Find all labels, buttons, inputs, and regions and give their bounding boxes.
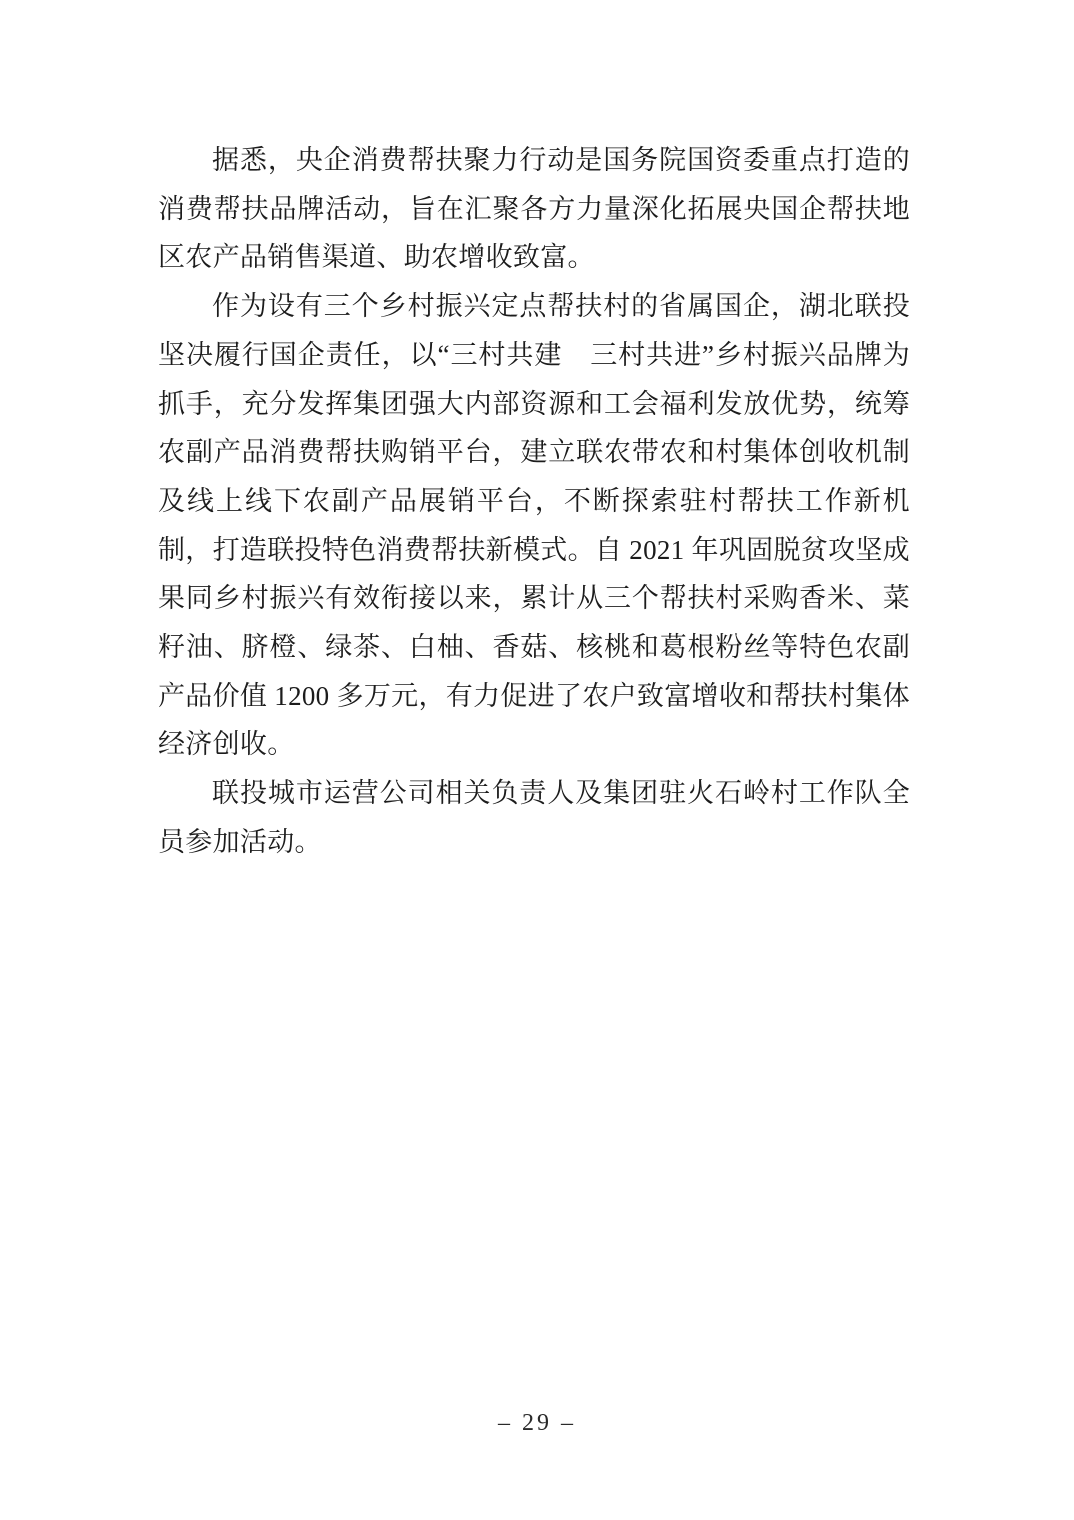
paragraph: 联投城市运营公司相关负责人及集团驻火石岭村工作队全员参加活动。 <box>158 769 910 866</box>
paragraph: 作为设有三个乡村振兴定点帮扶村的省属国企，湖北联投坚决履行国企责任，以“三村共建… <box>158 282 910 769</box>
document-page: 据悉，央企消费帮扶聚力行动是国务院国资委重点打造的消费帮扶品牌活动，旨在汇聚各方… <box>0 0 1074 1520</box>
page-number: – 29 – <box>0 1410 1074 1437</box>
paragraph: 据悉，央企消费帮扶聚力行动是国务院国资委重点打造的消费帮扶品牌活动，旨在汇聚各方… <box>158 136 910 282</box>
document-body: 据悉，央企消费帮扶聚力行动是国务院国资委重点打造的消费帮扶品牌活动，旨在汇聚各方… <box>158 136 910 867</box>
